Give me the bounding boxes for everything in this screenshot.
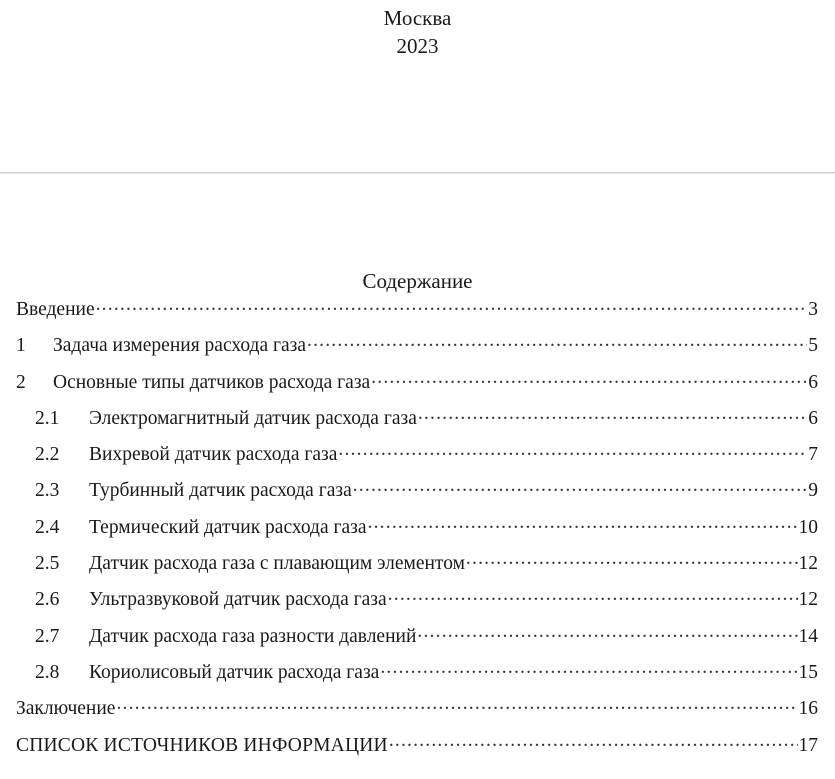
- toc-entry-page: 3: [808, 296, 818, 324]
- toc-entry-number: 2.4: [35, 514, 89, 542]
- toc-entry-title: Термический датчик расхода газа: [89, 514, 367, 542]
- toc-dot-leader: [466, 549, 798, 569]
- toc-entry-title: Заключение: [16, 695, 115, 723]
- toc-entry-references[interactable]: СПИСОК ИСТОЧНИКОВ ИНФОРМАЦИИ 17: [16, 731, 818, 767]
- toc-entry-2-6[interactable]: 2.6 Ультразвуковой датчик расхода газа 1…: [16, 585, 818, 621]
- toc-dot-leader: [418, 404, 807, 424]
- toc-dot-leader: [389, 731, 798, 751]
- toc-entry-2-3[interactable]: 2.3 Турбинный датчик расхода газа 9: [16, 476, 818, 512]
- table-of-contents: Введение 3 1 Задача измерения расхода га…: [16, 295, 818, 767]
- year-text: 2023: [0, 32, 835, 60]
- toc-dot-leader: [353, 476, 808, 496]
- toc-dot-leader: [307, 331, 807, 351]
- toc-entry-title: Вихревой датчик расхода газа: [89, 441, 337, 469]
- toc-entry-2-8[interactable]: 2.8 Кориолисовый датчик расхода газа 15: [16, 658, 818, 694]
- city-text: Москва: [0, 4, 835, 32]
- toc-entry-page: 10: [799, 514, 819, 542]
- toc-entry-page: 17: [799, 732, 819, 760]
- toc-entry-number: 2.8: [35, 659, 89, 687]
- toc-entry-number: 2.1: [35, 405, 89, 433]
- toc-entry-page: 6: [808, 405, 818, 433]
- toc-entry-number: 2.2: [35, 441, 89, 469]
- toc-entry-2-7[interactable]: 2.7 Датчик расхода газа разности давлени…: [16, 622, 818, 658]
- toc-entry-number: 2: [16, 369, 53, 397]
- toc-entry-number: 2.6: [35, 586, 89, 614]
- toc-dot-leader: [371, 368, 807, 388]
- toc-entry-page: 12: [799, 550, 819, 578]
- toc-entry-page: 7: [808, 441, 818, 469]
- title-page-footer: Москва 2023: [0, 4, 835, 60]
- toc-entry-page: 16: [799, 695, 819, 723]
- toc-entry-2-5[interactable]: 2.5 Датчик расхода газа с плавающим элем…: [16, 549, 818, 585]
- toc-entry-title: Кориолисовый датчик расхода газа: [89, 659, 379, 687]
- toc-entry-page: 5: [808, 332, 818, 360]
- toc-dot-leader: [388, 585, 798, 605]
- toc-entry-number: 2.3: [35, 477, 89, 505]
- toc-entry-title: Электромагнитный датчик расхода газа: [89, 405, 417, 433]
- toc-entry-number: 2.7: [35, 623, 89, 651]
- toc-entry-page: 12: [799, 586, 819, 614]
- toc-entry-number: 2.5: [35, 550, 89, 578]
- toc-entry-number: 1: [16, 332, 53, 360]
- toc-entry-title: Задача измерения расхода газа: [53, 332, 306, 360]
- toc-entry-2-1[interactable]: 2.1 Электромагнитный датчик расхода газа…: [16, 404, 818, 440]
- toc-entry-2-4[interactable]: 2.4 Термический датчик расхода газа 10: [16, 513, 818, 549]
- toc-entry-2-2[interactable]: 2.2 Вихревой датчик расхода газа 7: [16, 440, 818, 476]
- toc-entry-title: Датчик расхода газа с плавающим элементо…: [89, 550, 465, 578]
- toc-entry-title: СПИСОК ИСТОЧНИКОВ ИНФОРМАЦИИ: [16, 732, 388, 760]
- toc-entry-title: Основные типы датчиков расхода газа: [53, 369, 370, 397]
- toc-entry-1[interactable]: 1 Задача измерения расхода газа 5: [16, 331, 818, 367]
- toc-entry-title: Ультразвуковой датчик расхода газа: [89, 586, 387, 614]
- toc-entry-page: 6: [808, 369, 818, 397]
- toc-entry-2[interactable]: 2 Основные типы датчиков расхода газа 6: [16, 368, 818, 404]
- toc-entry-conclusion[interactable]: Заключение 16: [16, 694, 818, 730]
- toc-entry-introduction[interactable]: Введение 3: [16, 295, 818, 331]
- page-break-divider: [0, 172, 835, 174]
- toc-entry-page: 14: [799, 623, 819, 651]
- toc-entry-title: Введение: [16, 296, 95, 324]
- toc-dot-leader: [417, 622, 797, 642]
- toc-dot-leader: [116, 694, 797, 714]
- toc-entry-title: Датчик расхода газа разности давлений: [89, 623, 416, 651]
- toc-dot-leader: [380, 658, 797, 678]
- toc-dot-leader: [338, 440, 807, 460]
- toc-entry-page: 15: [799, 659, 819, 687]
- toc-heading: Содержание: [0, 268, 835, 294]
- toc-dot-leader: [368, 513, 798, 533]
- toc-dot-leader: [96, 295, 808, 315]
- toc-entry-page: 9: [808, 477, 818, 505]
- toc-entry-title: Турбинный датчик расхода газа: [89, 477, 352, 505]
